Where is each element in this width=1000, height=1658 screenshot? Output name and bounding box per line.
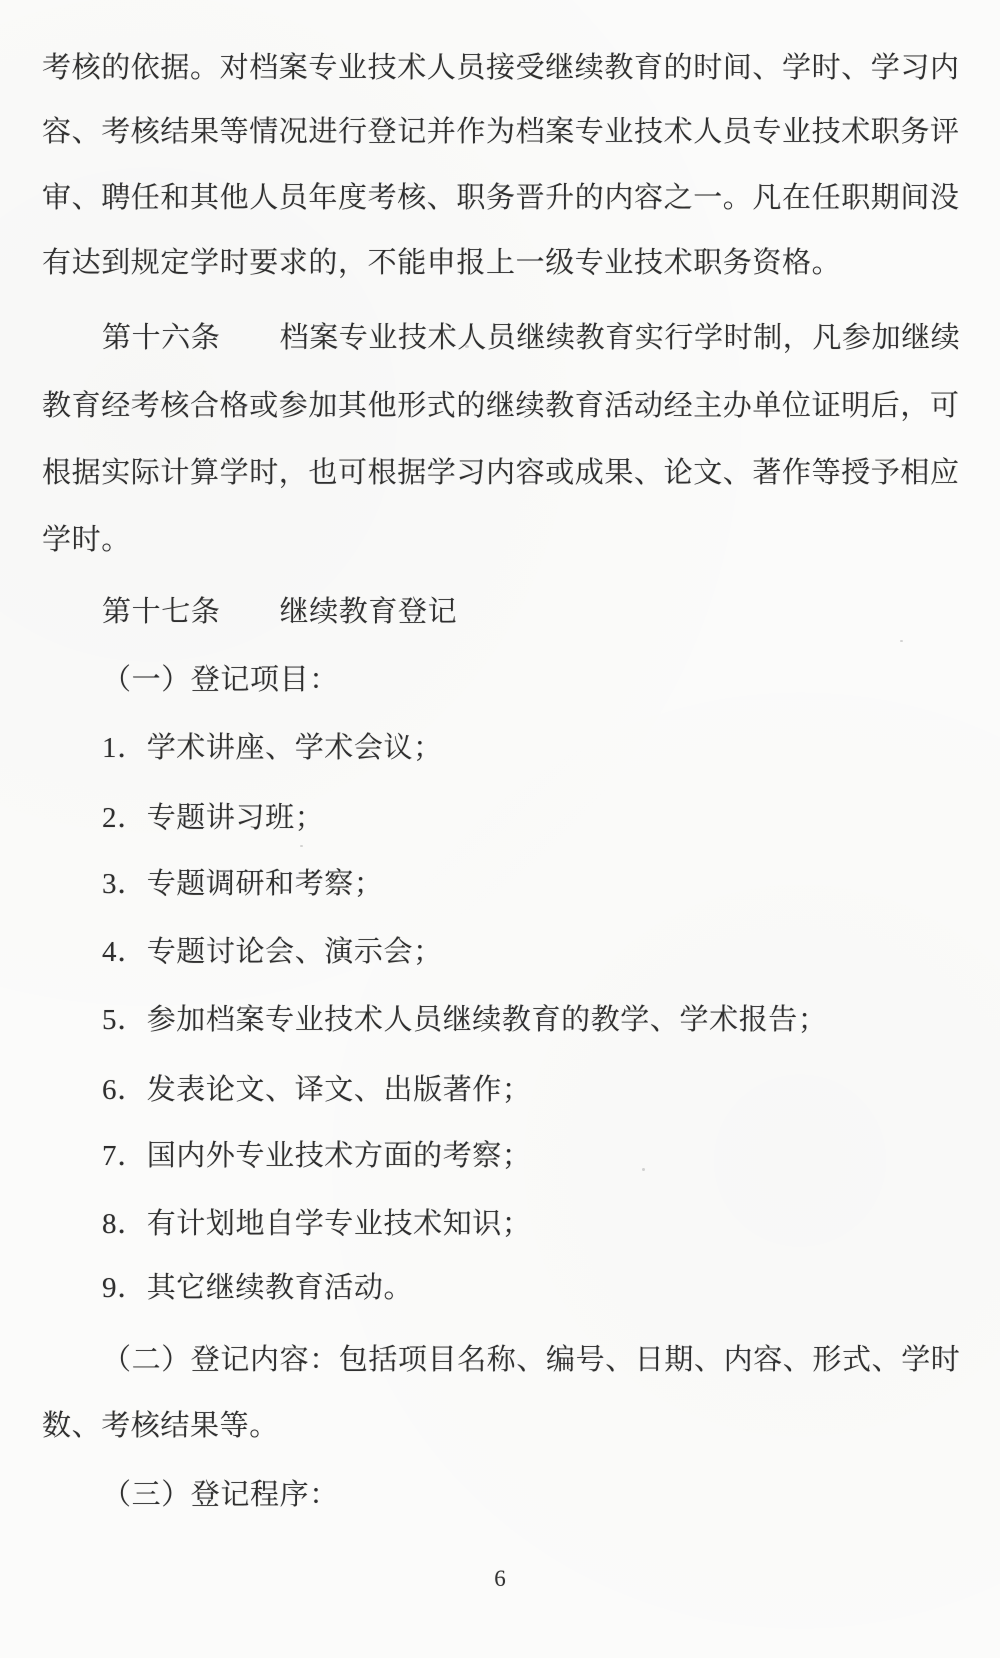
list-item-2: 2．专题讲习班； <box>42 798 986 838</box>
article16-line3: 根据实际计算学时，也可根据学习内容或成果、论文、著作等授予相应 <box>42 453 986 493</box>
list-item-4: 4．专题讨论会、演示会； <box>42 932 986 972</box>
list-item-6: 6．发表论文、译文、出版著作； <box>42 1070 986 1110</box>
subsection1-heading: （一）登记项目： <box>42 660 986 700</box>
list-item-5: 5．参加档案专业技术人员继续教育的教学、学术报告； <box>42 1000 986 1040</box>
page-number: 6 <box>0 1566 1000 1592</box>
subsection2-line1: （二）登记内容：包括项目名称、编号、日期、内容、形式、学时 <box>42 1340 986 1380</box>
para1-line4: 有达到规定学时要求的，不能申报上一级专业技术职务资格。 <box>42 243 986 283</box>
list-item-9: 9．其它继续教育活动。 <box>42 1268 986 1308</box>
scan-speck <box>300 845 303 847</box>
para1-line2: 容、考核结果等情况进行登记并作为档案专业技术人员专业技术职务评 <box>42 112 986 152</box>
scan-speck <box>642 1168 645 1171</box>
scan-speck <box>465 345 469 348</box>
subsection2-line2: 数、考核结果等。 <box>42 1406 986 1446</box>
list-item-1: 1．学术讲座、学术会议； <box>42 728 986 768</box>
list-item-7: 7．国内外专业技术方面的考察； <box>42 1136 986 1176</box>
article16-line2: 教育经考核合格或参加其他形式的继续教育活动经主办单位证明后，可 <box>42 386 986 426</box>
scanned-document-page: 考核的依据。对档案专业技术人员接受继续教育的时间、学时、学习内 容、考核结果等情… <box>0 0 1000 1658</box>
article16-line4: 学时。 <box>42 520 986 560</box>
para1-line1: 考核的依据。对档案专业技术人员接受继续教育的时间、学时、学习内 <box>42 48 986 88</box>
list-item-3: 3．专题调研和考察； <box>42 864 986 904</box>
article17-heading: 第十七条 继续教育登记 <box>42 592 986 632</box>
list-item-8: 8．有计划地自学专业技术知识； <box>42 1204 986 1244</box>
subsection3-heading: （三）登记程序： <box>42 1475 986 1515</box>
scan-speck <box>900 640 903 642</box>
article16-line1: 第十六条 档案专业技术人员继续教育实行学时制，凡参加继续 <box>42 318 986 358</box>
para1-line3: 审、聘任和其他人员年度考核、职务晋升的内容之一。凡在任职期间没 <box>42 178 986 218</box>
